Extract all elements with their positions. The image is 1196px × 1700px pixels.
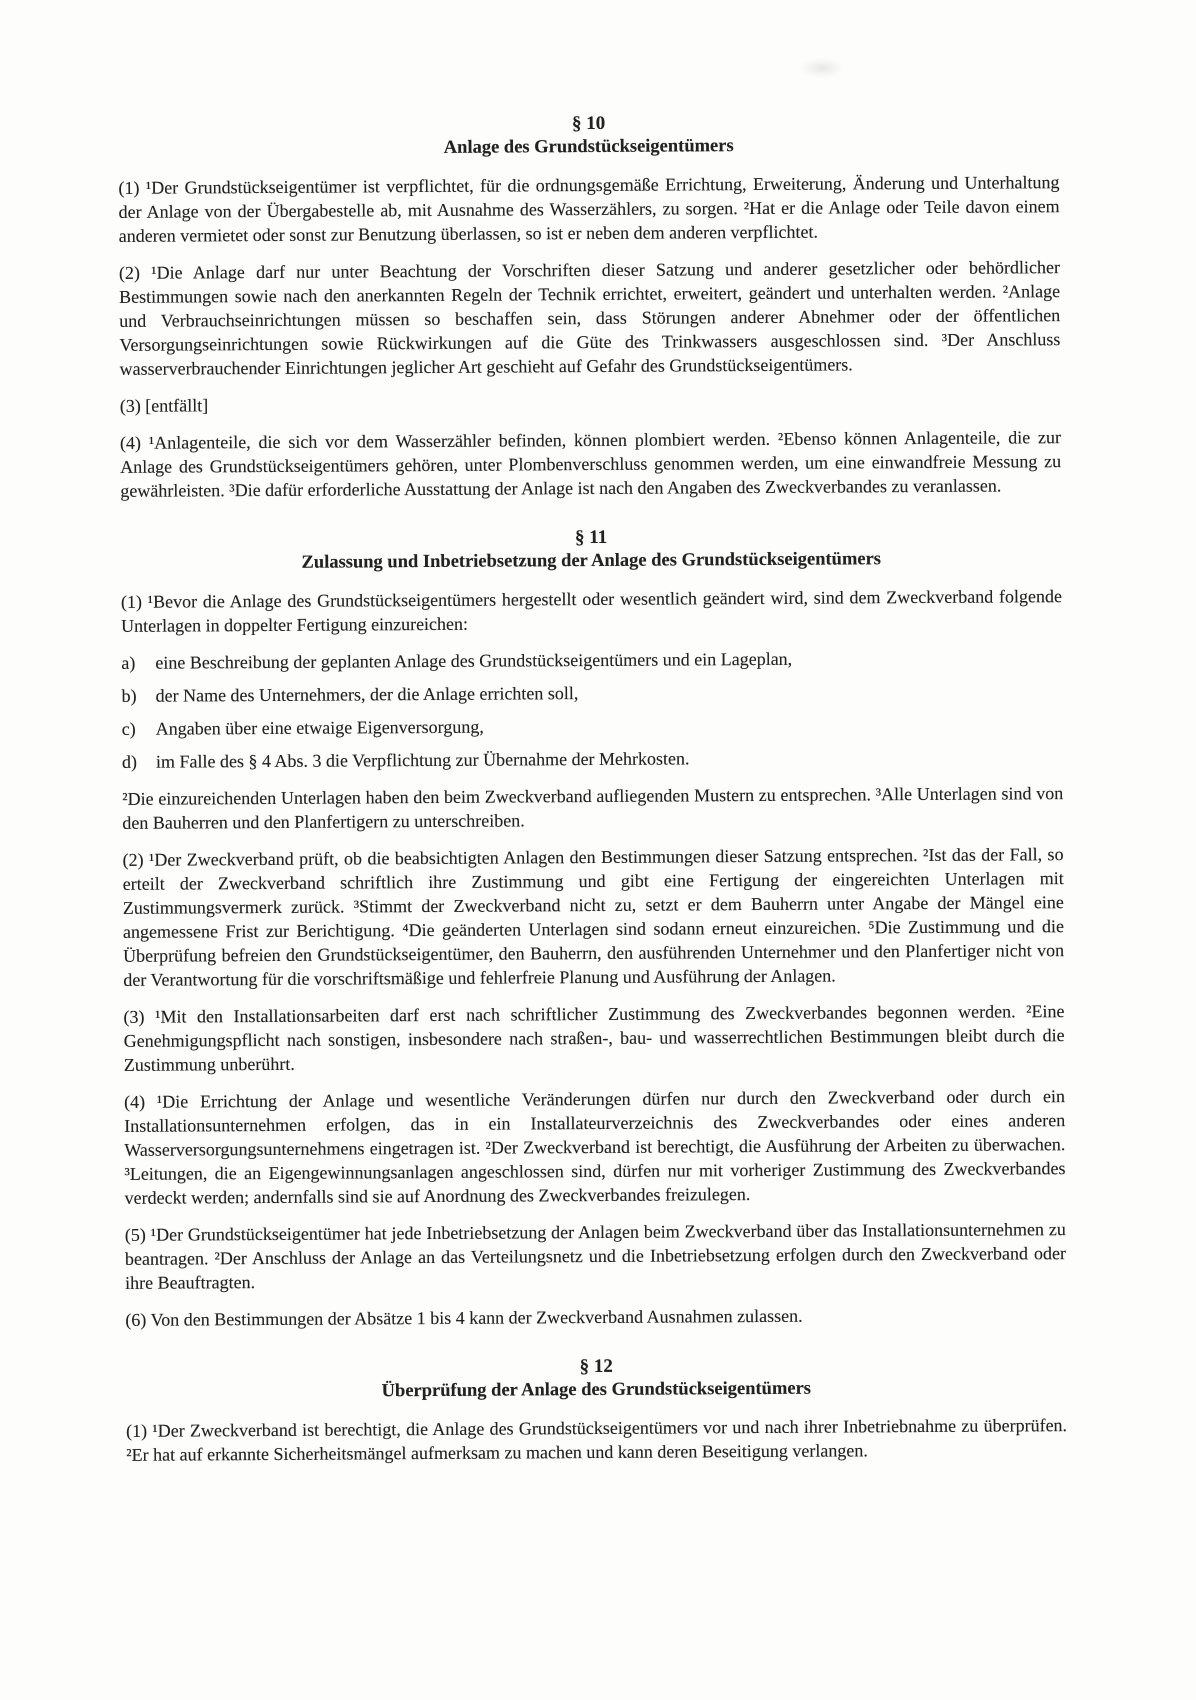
list-item-d-text: im Falle des § 4 Abs. 3 die Verpflichtun…	[156, 744, 1063, 774]
section-10-paragraph-3: (3) [entfällt]	[120, 388, 1061, 418]
list-item-c: c) Angaben über eine etwaige Eigenversor…	[122, 711, 1063, 741]
section-10-paragraph-4: (4) ¹Anlagenteile, die sich vor dem Wass…	[120, 425, 1061, 503]
list-item-b-text: der Name des Unternehmers, der die Anlag…	[155, 678, 1062, 708]
page-content: § 10 Anlage des Grundstückseigentümers (…	[118, 109, 1067, 1467]
section-12-paragraph-1: (1) ¹Der Zweckverband ist berechtigt, di…	[126, 1413, 1067, 1467]
list-item-a-text: eine Beschreibung der geplanten Anlage d…	[155, 645, 1062, 675]
section-10-paragraph-2: (2) ¹Die Anlage darf nur unter Beachtung…	[119, 255, 1061, 381]
list-item-c-label: c)	[122, 717, 156, 741]
section-11-paragraph-3: (3) ¹Mit den Installationsarbeiten darf …	[123, 999, 1064, 1077]
section-12-heading: § 12 Überprüfung der Anlage des Grundstü…	[126, 1352, 1067, 1405]
section-11-paragraph-2: (2) ¹Der Zweckverband prüft, ob die beab…	[122, 842, 1064, 992]
list-item-a: a) eine Beschreibung der geplanten Anlag…	[121, 645, 1062, 675]
section-10-heading: § 10 Anlage des Grundstückseigentümers	[118, 109, 1059, 162]
list-item-d-label: d)	[122, 750, 156, 774]
section-11-paragraph-1-continuation: ²Die einzureichenden Unterlagen haben de…	[122, 781, 1063, 835]
section-10-title: Anlage des Grundstückseigentümers	[118, 132, 1059, 162]
section-11-paragraph-5: (5) ¹Der Grundstückseigentümer hat jede …	[125, 1217, 1066, 1295]
list-item-b: b) der Name des Unternehmers, der die An…	[121, 678, 1062, 708]
section-10-paragraph-1: (1) ¹Der Grundstückseigentümer ist verpf…	[118, 170, 1059, 248]
section-11-paragraph-4: (4) ¹Die Errichtung der Anlage und wesen…	[124, 1084, 1066, 1210]
list-item-c-text: Angaben über eine etwaige Eigenversorgun…	[156, 711, 1063, 741]
document-page: § 10 Anlage des Grundstückseigentümers (…	[0, 0, 1196, 1700]
section-12-title: Überprüfung der Anlage des Grundstücksei…	[126, 1375, 1067, 1405]
section-11-paragraph-1-intro: (1) ¹Bevor die Anlage des Grundstückseig…	[121, 584, 1062, 638]
scan-smudge	[800, 58, 844, 78]
section-11-title: Zulassung und Inbetriebsetzung der Anlag…	[121, 546, 1062, 576]
list-item-a-label: a)	[121, 651, 155, 675]
section-11-heading: § 11 Zulassung und Inbetriebsetzung der …	[121, 523, 1062, 576]
list-item-b-label: b)	[121, 684, 155, 708]
list-item-d: d) im Falle des § 4 Abs. 3 die Verpflich…	[122, 744, 1063, 774]
section-11-paragraph-6: (6) Von den Bestimmungen der Absätze 1 b…	[125, 1302, 1066, 1332]
